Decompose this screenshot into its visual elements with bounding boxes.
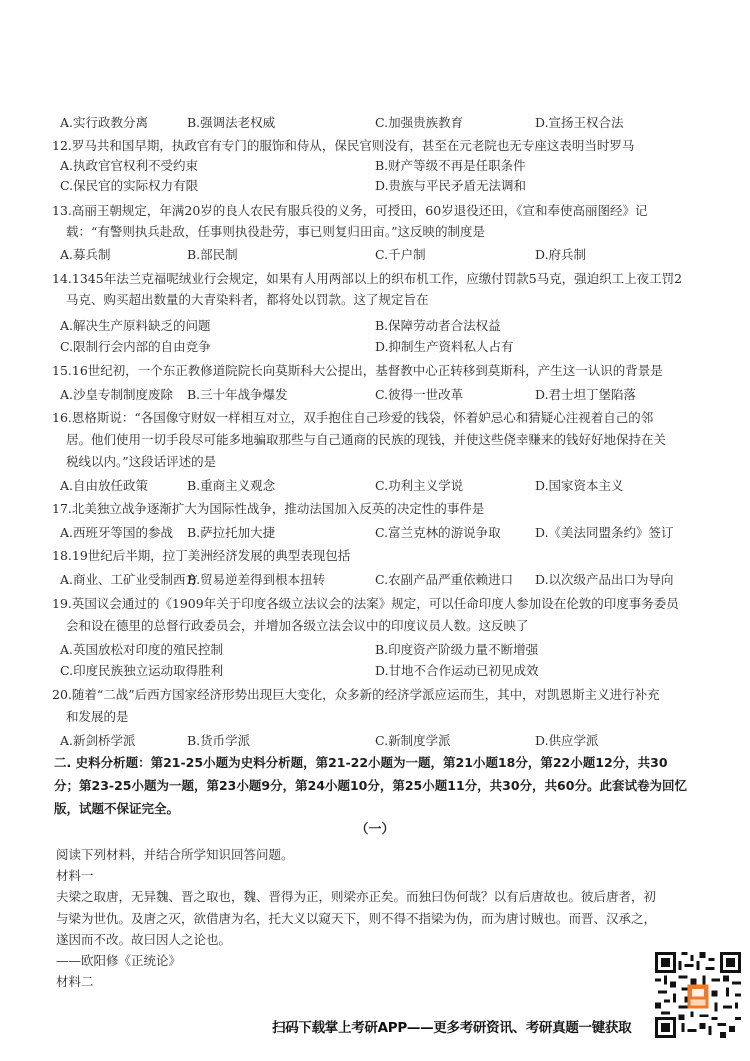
q15-option-a: A.沙皇专制制度废除 — [60, 386, 173, 404]
q13-stem-line1: 13.高丽王朝规定，年满20岁的良人农民有服兵役的义务，可授田，60岁退役还田，… — [52, 202, 647, 220]
part-title: （一） — [0, 818, 750, 837]
q12-option-c: C.保民官的实际权力有限 — [60, 177, 198, 195]
material-1-line1: 夫梁之取唐，无异魏、晋之取也，魏、晋得为正，则梁亦正矣。而独曰伪何哉？以有后唐故… — [56, 888, 656, 906]
q19-option-c: C.印度民族独立运动取得胜利 — [60, 662, 223, 680]
footer-promo-text: 扫码下载掌上考研APP——更多考研资讯、考研真题一键获取 — [272, 1016, 631, 1036]
q16-stem-line1: 16.恩格斯说：“各国像守财奴一样相互对立，双手抱住自己珍爱的钱袋，怀着妒忌心和… — [52, 409, 653, 427]
qr-code[interactable] — [655, 952, 741, 1038]
q15-option-c: C.彼得一世改革 — [375, 386, 463, 404]
q20-option-a: A.新剑桥学派 — [60, 732, 136, 750]
q20-option-d: D.供应学派 — [535, 732, 599, 750]
material-2-label: 材料二 — [56, 973, 94, 991]
material-1-line3: 遂因而不改。故曰因人之论也。 — [56, 931, 231, 949]
q16-option-d: D.国家资本主义 — [535, 477, 624, 495]
q18-option-d: D.以次级产品出口为导向 — [535, 571, 674, 589]
q13-stem-line2: 载：“有警则执兵赴敌，任事则执役赴劳，事已则复归田亩。”这反映的制度是 — [66, 223, 485, 241]
q18-stem: 18.19世纪后半期，拉丁美洲经济发展的典型表现包括 — [52, 547, 350, 565]
q17-stem: 17.北美独立战争逐渐扩大为国际性战争，推动法国加入反英的决定性的事件是 — [52, 500, 484, 518]
q20-stem-line1: 20.随着“二战”后西方国家经济形势出现巨大变化，众多新的经济学派应运而生，其中… — [52, 686, 660, 704]
q11-option-d: D.宣扬王权合法 — [535, 114, 624, 132]
material-1-source: ——欧阳修《正统论》 — [56, 952, 181, 970]
section2-header-line1: 二. 史料分析题：第21-25小题为史料分析题，第21-22小题为一题，第21小… — [54, 752, 668, 773]
exam-page: A.实行政教分离 B.强调法老权威 C.加强贵族教育 D.宣扬王权合法 12.罗… — [0, 0, 750, 1061]
q13-option-d: D.府兵制 — [535, 246, 586, 264]
q19-option-a: A.英国放松对印度的殖民控制 — [60, 641, 223, 659]
q12-option-a: A.执政官官权利不受约束 — [60, 157, 198, 175]
material-instruction: 阅读下列材料，并结合所学知识回答问题。 — [56, 846, 294, 864]
q19-stem-line1: 19.英国议会通过的《1909年关于印度各级立法议会的法案》规定，可以任命印度人… — [52, 595, 679, 613]
q12-option-d: D.贵族与平民矛盾无法调和 — [375, 177, 526, 195]
q18-option-a: A.商业、工矿业受制西方 — [60, 571, 198, 589]
q11-option-b: B.强调法老权威 — [187, 114, 275, 132]
q16-stem-line3: 税线以内。”这段话评述的是 — [66, 453, 216, 471]
q16-option-a: A.自由放任政策 — [60, 477, 148, 495]
q19-option-b: B.印度资产阶级力量不断增强 — [375, 641, 538, 659]
section2-header-line2: 分；第23-25小题为一题，第23小题9分，第24小题10分，第25小题11分，… — [54, 775, 687, 796]
q19-option-d: D.甘地不合作运动已初见成效 — [375, 662, 539, 680]
q20-option-c: C.新制度学派 — [375, 732, 451, 750]
q14-option-c: C.限制行会内部的自由竞争 — [60, 338, 211, 356]
q13-option-a: A.募兵制 — [60, 246, 111, 264]
q14-stem-line1: 14.1345年法兰克福呢绒业行会规定，如果有人用两部以上的织布机工作，应缴付罚… — [52, 270, 682, 288]
q11-option-c: C.加强贵族教育 — [375, 114, 463, 132]
section2-header-line3: 版，试题不保证完全。 — [54, 798, 179, 819]
q14-option-d: D.抑制生产资料私人占有 — [375, 338, 514, 356]
qr-code-icon — [655, 952, 741, 1038]
q14-option-a: A.解决生产原料缺乏的问题 — [60, 317, 211, 335]
q17-option-b: B.萨拉托加大捷 — [187, 524, 275, 542]
q15-stem: 15.16世纪初，一个东正教修道院院长向莫斯科大公提出，基督教中心正转移到莫斯科… — [52, 362, 663, 380]
q15-option-b: B.三十年战争爆发 — [187, 386, 288, 404]
q16-option-b: B.重商主义观念 — [187, 477, 275, 495]
q18-option-b: B.贸易逆差得到根本扭转 — [187, 571, 325, 589]
q11-option-a: A.实行政教分离 — [60, 114, 148, 132]
q13-option-c: C.千户制 — [375, 246, 426, 264]
q17-option-c: C.富兰克林的游说争取 — [375, 524, 501, 542]
q20-option-b: B.货币学派 — [187, 732, 250, 750]
q16-option-c: C.功利主义学说 — [375, 477, 463, 495]
q14-option-b: B.保障劳动者合法权益 — [375, 317, 501, 335]
q16-stem-line2: 居。他们使用一切手段尽可能多地骗取那些与自己通商的民族的现钱，并使这些侥幸赚来的… — [66, 431, 666, 449]
q14-stem-line2: 马克、购买超出数量的大青染料者，都将处以罚款。这了规定旨在 — [66, 291, 429, 309]
material-1-line2: 与梁为世仇。及唐之灭，欲借唐为名，托大义以窥天下，则不得不指梁为伪，而为唐讨贼也… — [56, 910, 656, 928]
q17-option-d: D.《美法同盟条约》签订 — [535, 524, 674, 542]
q19-stem-line2: 会和设在德里的总督行政委员会，并增加各级立法会议中的印度议员人数。这反映了 — [66, 617, 529, 635]
q12-stem: 12.罗马共和国早期，执政官有专门的服饰和侍从，保民官则没有，甚至在元老院也无专… — [52, 137, 634, 155]
q13-option-b: B.部民制 — [187, 246, 238, 264]
q17-option-a: A.西班牙等国的参战 — [60, 524, 173, 542]
material-1-label: 材料一 — [56, 867, 94, 885]
q18-option-c: C.农副产品严重依赖进口 — [375, 571, 513, 589]
q20-stem-line2: 和发展的是 — [66, 708, 129, 726]
q12-option-b: B.财产等级不再是任职条件 — [375, 157, 526, 175]
q15-option-d: D.君士坦丁堡陷落 — [535, 386, 636, 404]
